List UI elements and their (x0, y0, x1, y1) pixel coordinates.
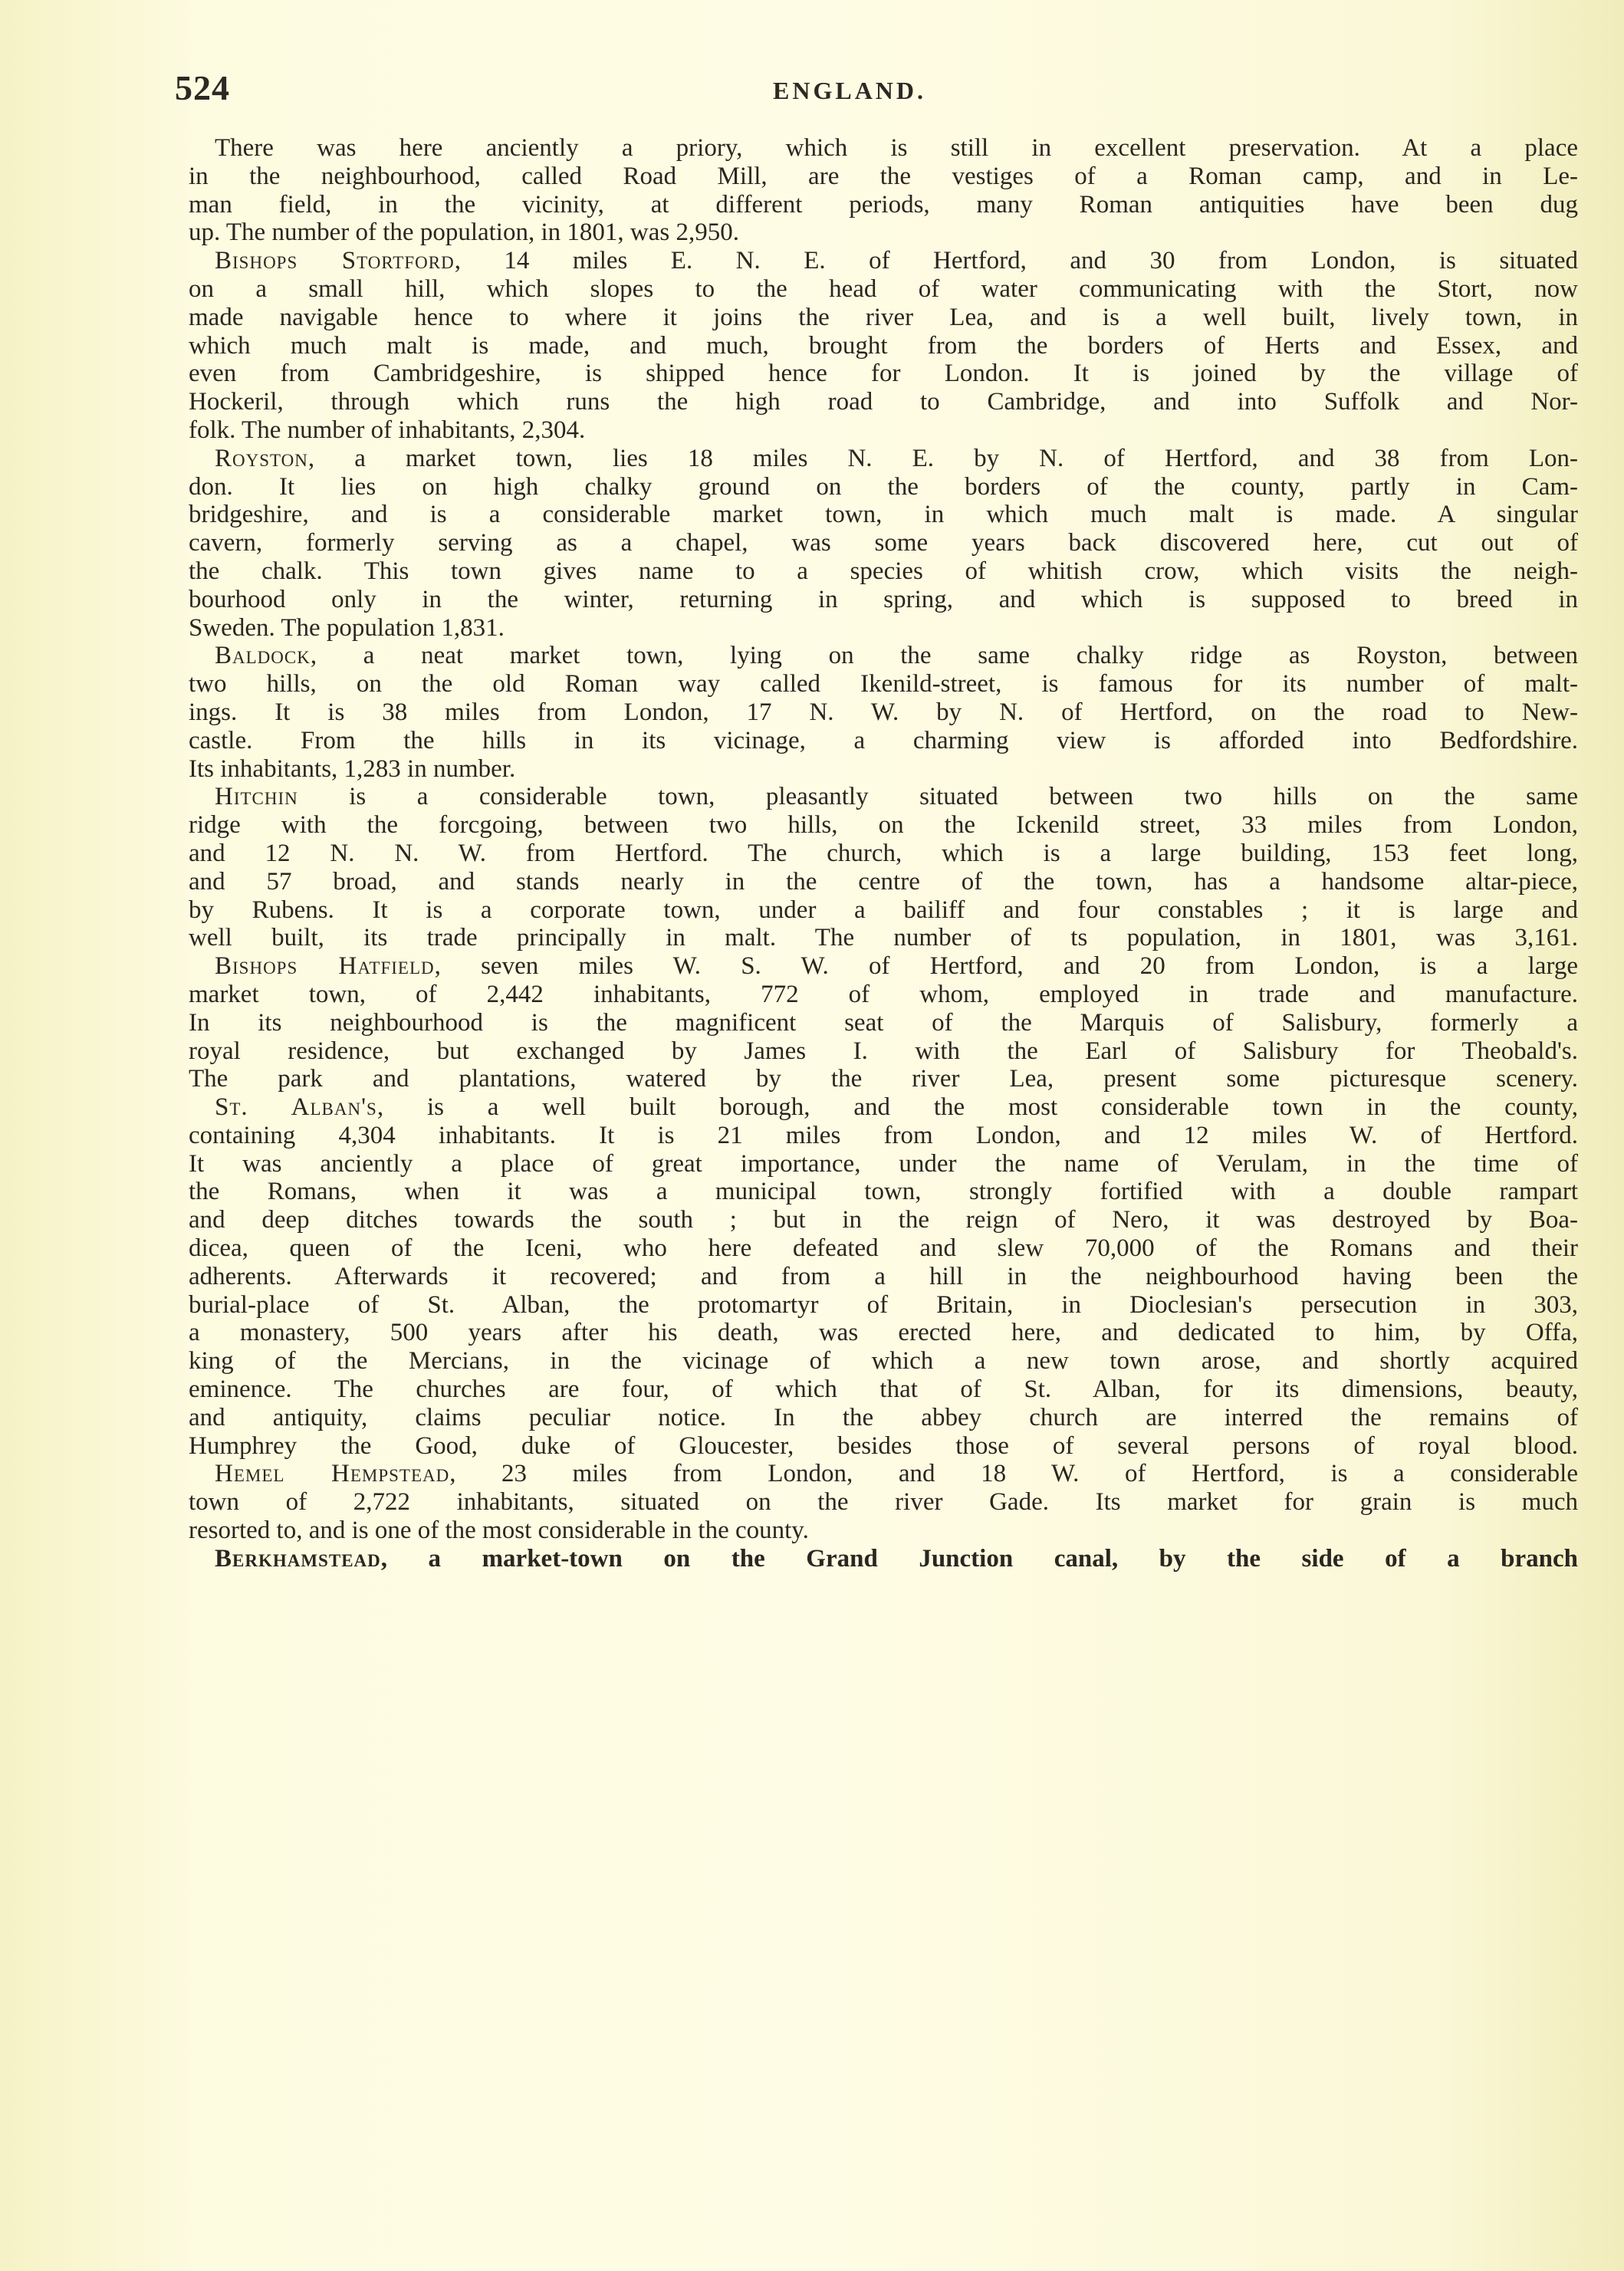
text-line: Sweden. The population 1,831. (189, 614, 1578, 643)
text-line: Humphrey the Good, duke of Gloucester, b… (189, 1432, 1578, 1461)
text-line: well built, its trade principally in mal… (189, 924, 1578, 952)
place-name: Bishops Stortford (215, 247, 455, 274)
text-line: St. Alban's, is a well built borough, an… (189, 1093, 1578, 1122)
text-line: man field, in the vicinity, at different… (189, 191, 1578, 219)
text-line: the Romans, when it was a municipal town… (189, 1178, 1578, 1206)
page-number: 524 (175, 67, 230, 108)
text-line: town of 2,722 inhabitants, situated on t… (189, 1488, 1578, 1517)
text-line: Bishops Hatfield, seven miles W. S. W. o… (189, 952, 1578, 981)
paragraph-berkhamstead: Berkhamstead, a market-town on the Grand… (189, 1545, 1578, 1573)
text-line: bourhood only in the winter, returning i… (189, 586, 1578, 614)
text-line: don. It lies on high chalky ground on th… (189, 473, 1578, 501)
text-line: market town, of 2,442 inhabitants, 772 o… (189, 981, 1578, 1009)
text-line: bridgeshire, and is a considerable marke… (189, 501, 1578, 529)
text-line: the chalk. This town gives name to a spe… (189, 557, 1578, 586)
text-line: Baldock, a neat market town, lying on th… (189, 642, 1578, 670)
paragraph-bishops-stortford: Bishops Stortford, 14 miles E. N. E. of … (189, 247, 1578, 445)
text-line: a monastery, 500 years after his death, … (189, 1319, 1578, 1347)
paragraph-baldock: Baldock, a neat market town, lying on th… (189, 642, 1578, 783)
text-line: Its inhabitants, 1,283 in number. (189, 755, 1578, 784)
text-line: made navigable hence to where it joins t… (189, 304, 1578, 332)
text-line: up. The number of the population, in 180… (189, 219, 1578, 247)
place-name: Bishops Hatfield (215, 952, 435, 980)
text-line: and 12 N. N. W. from Hertford. The churc… (189, 840, 1578, 868)
place-name: Hitchin (215, 783, 298, 810)
place-name: Hemel Hempstead (215, 1460, 449, 1487)
paragraph-st-albans: St. Alban's, is a well built borough, an… (189, 1093, 1578, 1460)
paragraph-hemel-hempstead: Hemel Hempstead, 23 miles from London, a… (189, 1460, 1578, 1544)
running-head: ENGLAND. (773, 77, 926, 105)
place-name: Berkhamstead (215, 1545, 381, 1573)
text-line: ings. It is 38 miles from London, 17 N. … (189, 698, 1578, 727)
text-line: resorted to, and is one of the most cons… (189, 1517, 1578, 1545)
text-line: Berkhamstead, a market-town on the Grand… (189, 1545, 1578, 1573)
paragraph-hitchin: Hitchin is a considerable town, pleasant… (189, 783, 1578, 952)
text-line: castle. From the hills in its vicinage, … (189, 727, 1578, 755)
paragraph-priory: There was here anciently a priory, which… (189, 134, 1578, 247)
paragraph-bishops-hatfield: Bishops Hatfield, seven miles W. S. W. o… (189, 952, 1578, 1093)
text-line: dicea, queen of the Iceni, who here defe… (189, 1234, 1578, 1263)
text-line: containing 4,304 inhabitants. It is 21 m… (189, 1122, 1578, 1150)
text-line: Hemel Hempstead, 23 miles from London, a… (189, 1460, 1578, 1488)
text-line: burial-place of St. Alban, the protomart… (189, 1291, 1578, 1320)
text-line: eminence. The churches are four, of whic… (189, 1375, 1578, 1404)
page-header: 524 ENGLAND. (175, 67, 1578, 121)
text-line: The park and plantations, watered by the… (189, 1065, 1578, 1093)
text-line: even from Cambridgeshire, is shipped hen… (189, 360, 1578, 388)
text-line: and deep ditches towards the south ; but… (189, 1206, 1578, 1234)
text-line: It was anciently a place of great import… (189, 1150, 1578, 1178)
text-line: Royston, a market town, lies 18 miles N.… (189, 445, 1578, 473)
text-line: which much malt is made, and much, broug… (189, 332, 1578, 360)
place-name: Baldock (215, 642, 311, 669)
text-line: Hockeril, through which runs the high ro… (189, 388, 1578, 416)
paragraph-royston: Royston, a market town, lies 18 miles N.… (189, 445, 1578, 643)
text-line: Hitchin is a considerable town, pleasant… (189, 783, 1578, 811)
text-line: ridge with the forcgoing, between two hi… (189, 811, 1578, 840)
text-line: in the neighbourhood, called Road Mill, … (189, 163, 1578, 191)
text-line: and antiquity, claims peculiar notice. I… (189, 1404, 1578, 1432)
text-line: king of the Mercians, in the vicinage of… (189, 1347, 1578, 1375)
text-line: cavern, formerly serving as a chapel, wa… (189, 529, 1578, 557)
text-line: by Rubens. It is a corporate town, under… (189, 896, 1578, 925)
body-text: There was here anciently a priory, which… (189, 134, 1578, 1573)
text-line: and 57 broad, and stands nearly in the c… (189, 868, 1578, 896)
text-line: There was here anciently a priory, which… (189, 134, 1578, 163)
text-line: on a small hill, which slopes to the hea… (189, 275, 1578, 304)
text-line: royal residence, but exchanged by James … (189, 1037, 1578, 1066)
text-line: In its neighbourhood is the magnificent … (189, 1009, 1578, 1037)
text-line: Bishops Stortford, 14 miles E. N. E. of … (189, 247, 1578, 275)
text-line: adherents. Afterwards it recovered; and … (189, 1263, 1578, 1291)
text-line: folk. The number of inhabitants, 2,304. (189, 416, 1578, 445)
place-name: Royston (215, 445, 308, 472)
text-line: two hills, on the old Roman way called I… (189, 670, 1578, 698)
place-name: St. Alban's (215, 1093, 377, 1121)
